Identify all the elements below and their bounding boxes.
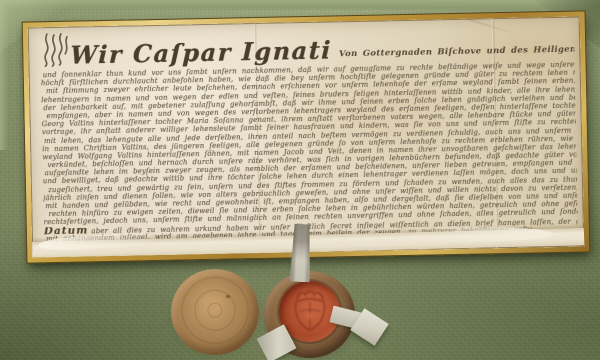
parchment-document: Wir Caſpar Ignati Von Gottergnaden Biſch… [28, 16, 585, 257]
outer-frame-top-edge [0, 0, 600, 11]
wooden-seal-capsule-lid [171, 269, 259, 355]
lid-nick [226, 295, 230, 298]
wax-seal-coat-of-arms [287, 286, 333, 336]
calligraphic-flourish [42, 33, 69, 68]
fold-highlight [354, 227, 554, 241]
photo-of-framed-charter: Wir Caſpar Ignati Von Gottergnaden Biſch… [0, 0, 600, 360]
manuscript-lines: und ſonnenklar thun kund vor uns ſambt u… [29, 57, 585, 251]
